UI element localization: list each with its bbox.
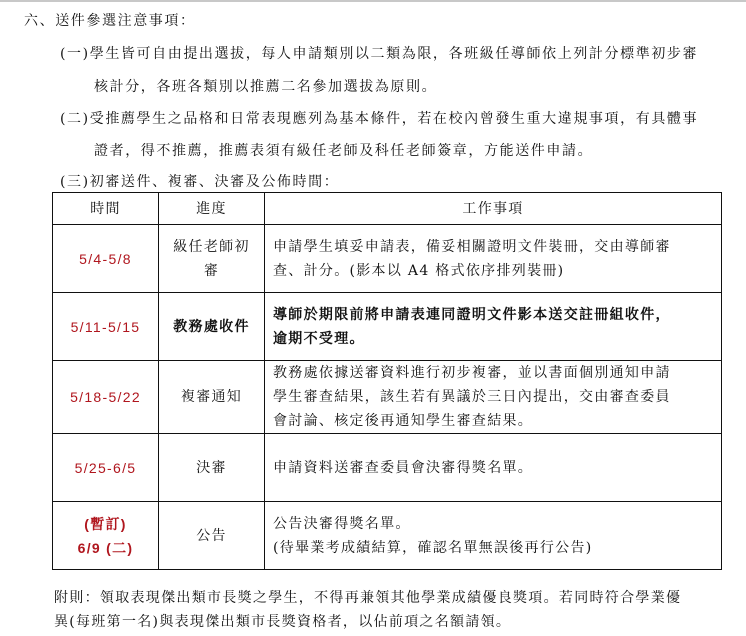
table-row: (暫訂) 6/9 (二) 公告 公告決審得獎名單。 (待畢業考成績結算，確認名單… — [53, 502, 722, 570]
task-line: 公告決審得獎名單。 — [273, 512, 713, 536]
table-header-row: 時間 進度 工作事項 — [53, 193, 722, 225]
table-row: 5/11-5/15 教務處收件 導師於期限前將申請表連同證明文件影本送交註冊組收… — [53, 293, 722, 361]
item-2-line-2: 證者，得不推薦，推薦表須有級任老師及科任老師簽章，方能送件申請。 — [94, 142, 593, 160]
task-line: (待畢業考成績結算，確認名單無誤後再行公告) — [273, 536, 713, 560]
task-line: 學生審查結果，該生若有異議於三日內提出，交由審查委員 — [273, 385, 713, 409]
row-task: 導師於期限前將申請表連同證明文件影本送交註冊組收件， 逾期不受理。 — [265, 293, 722, 361]
item-3-line-1: (三)初審送件、複審、決審及公佈時間： — [60, 173, 339, 191]
item-1-line-1: (一)學生皆可自由提出選拔，每人申請類別以二類為限，各班級任導師依上列計分標準初… — [60, 45, 698, 63]
row-date: (暫訂) 6/9 (二) — [53, 502, 159, 570]
schedule-table: 時間 進度 工作事項 5/4-5/8 級任老師初審 申請學生填妥申請表，備妥相關… — [52, 192, 722, 570]
header-time: 時間 — [53, 193, 159, 225]
item-2-line-1: (二)受推薦學生之品格和日常表現應列為基本條件，若在校內曾發生重大違規事項，有具… — [60, 110, 698, 128]
item-1-line-2: 核計分，各班各類別以推薦二名參加選拔為原則。 — [94, 78, 437, 96]
task-line: 申請學生填妥申請表，備妥相關證明文件裝冊，交由導師審 — [273, 235, 713, 259]
row-stage: 複審通知 — [159, 361, 265, 434]
row-stage: 公告 — [159, 502, 265, 570]
footer-note-line-2: 異(每班第一名)與表現傑出類市長獎資格者，以佔前項之名額請領。 — [54, 613, 511, 631]
row-date: 5/18-5/22 — [53, 361, 159, 434]
table-row: 5/4-5/8 級任老師初審 申請學生填妥申請表，備妥相關證明文件裝冊，交由導師… — [53, 225, 722, 293]
section-heading: 六、送件參選注意事項： — [24, 12, 196, 30]
task-line: 逾期不受理。 — [273, 327, 713, 351]
row-date: 5/25-6/5 — [53, 434, 159, 502]
row-date: 5/4-5/8 — [53, 225, 159, 293]
row-stage: 教務處收件 — [159, 293, 265, 361]
header-stage: 進度 — [159, 193, 265, 225]
date-tentative-label: (暫訂) — [61, 512, 150, 536]
header-task: 工作事項 — [265, 193, 722, 225]
row-stage: 級任老師初審 — [159, 225, 265, 293]
row-task: 申請資料送審查委員會決審得獎名單。 — [265, 434, 722, 502]
task-line: 會討論、核定後再通知學生審查結果。 — [273, 409, 713, 433]
row-stage: 決審 — [159, 434, 265, 502]
task-line: 查、計分。(影本以 A4 格式依序排列裝冊) — [273, 259, 713, 283]
row-task: 申請學生填妥申請表，備妥相關證明文件裝冊，交由導師審 查、計分。(影本以 A4 … — [265, 225, 722, 293]
table-row: 5/18-5/22 複審通知 教務處依據送審資料進行初步複審，並以書面個別通知申… — [53, 361, 722, 434]
row-task: 公告決審得獎名單。 (待畢業考成績結算，確認名單無誤後再行公告) — [265, 502, 722, 570]
footer-note-line-1: 附則：領取表現傑出類市長獎之學生，不得再兼領其他學業成績優良獎項。若同時符合學業… — [54, 589, 681, 607]
task-line: 導師於期限前將申請表連同證明文件影本送交註冊組收件， — [273, 303, 713, 327]
row-date: 5/11-5/15 — [53, 293, 159, 361]
task-line: 教務處依據送審資料進行初步複審，並以書面個別通知申請 — [273, 361, 713, 385]
row-task: 教務處依據送審資料進行初步複審，並以書面個別通知申請 學生審查結果，該生若有異議… — [265, 361, 722, 434]
date-value: 6/9 (二) — [61, 536, 150, 560]
top-border — [0, 0, 746, 2]
table-row: 5/25-6/5 決審 申請資料送審查委員會決審得獎名單。 — [53, 434, 722, 502]
task-line: 申請資料送審查委員會決審得獎名單。 — [273, 456, 713, 480]
